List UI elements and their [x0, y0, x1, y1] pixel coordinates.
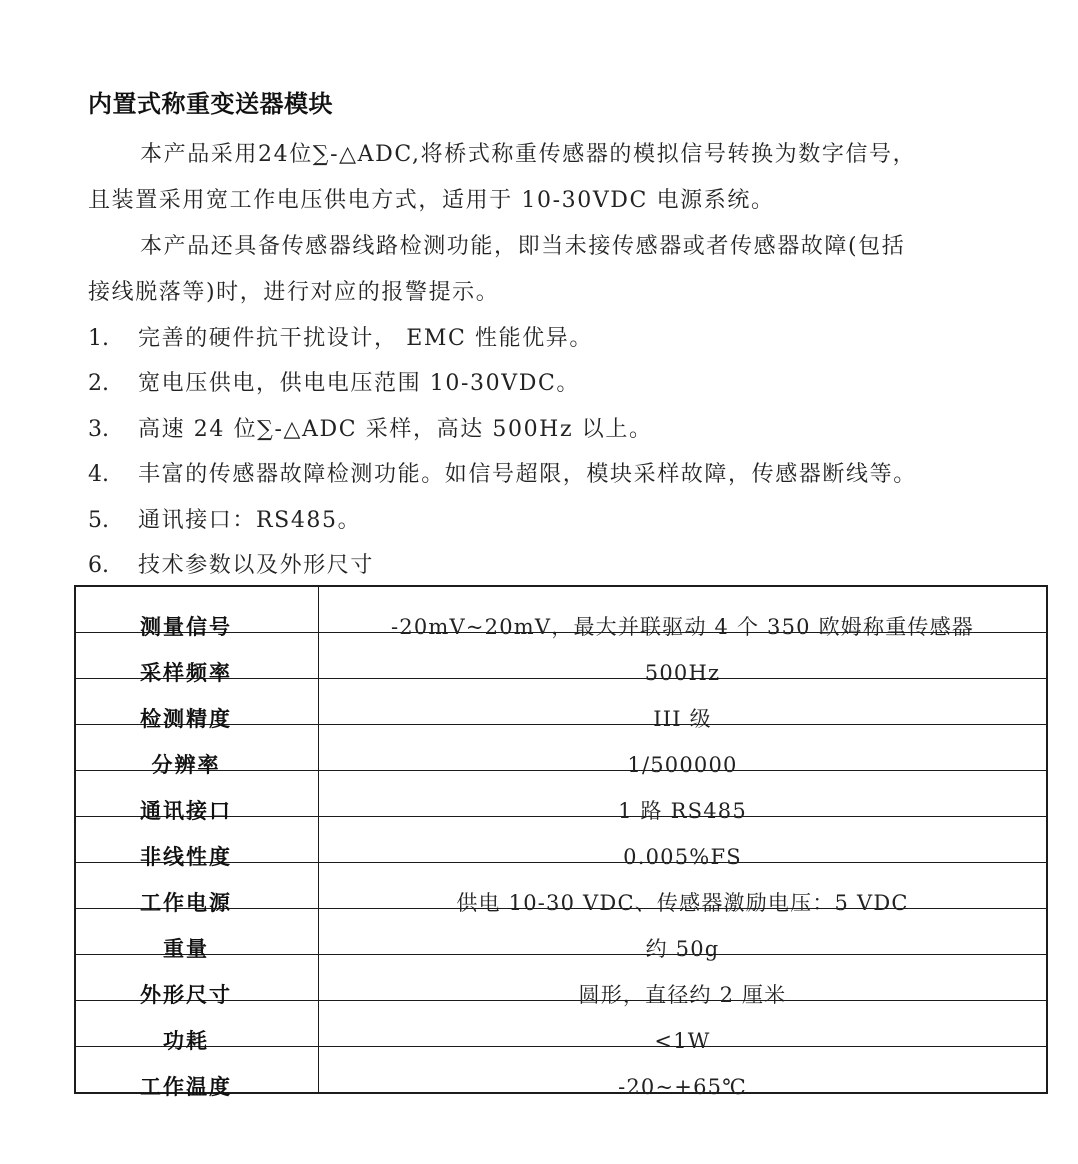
- feature-item: 1.完善的硬件抗干扰设计， EMC 性能优异。: [88, 324, 593, 354]
- table-row: 测量信号 -20mV~20mV，最大并联驱动 4 个 350 欧姆称重传感器: [75, 586, 1047, 633]
- feature-item: 2.宽电压供电，供电电压范围 10-30VDC。: [88, 369, 580, 399]
- spec-value: III 级: [319, 679, 1048, 725]
- detection-line-1: 本产品还具备传感器线路检测功能，即当未接传感器或者传感器故障(包括: [140, 234, 905, 259]
- table-row: 通讯接口 1 路 RS485: [75, 771, 1047, 817]
- spec-label: 分辨率: [75, 725, 319, 771]
- spec-value: 500Hz: [319, 633, 1048, 679]
- table-row: 重量 约 50g: [75, 909, 1047, 955]
- feature-item: 5.通讯接口：RS485。: [88, 506, 361, 536]
- feature-text: 技术参数以及外形尺寸: [138, 553, 374, 578]
- intro-paragraph: 本产品采用24位∑-△ADC,将桥式称重传感器的模拟信号转换为数字信号， 且装置…: [88, 132, 1048, 224]
- feature-item: 6.技术参数以及外形尺寸: [88, 551, 374, 581]
- feature-text: 通讯接口：RS485。: [138, 508, 361, 533]
- feature-item: 3.高速 24 位∑-△ADC 采样，高达 500Hz 以上。: [88, 415, 653, 445]
- feature-number: 2.: [88, 369, 138, 399]
- spec-value: -20mV~20mV，最大并联驱动 4 个 350 欧姆称重传感器: [319, 586, 1048, 633]
- spec-value: 1/500000: [319, 725, 1048, 771]
- feature-text: 宽电压供电，供电电压范围 10-30VDC。: [138, 371, 580, 396]
- spec-value: -20~+65℃: [319, 1047, 1048, 1094]
- table-row: 检测精度 III 级: [75, 679, 1047, 725]
- spec-value: 圆形，直径约 2 厘米: [319, 955, 1048, 1001]
- intro-line-2: 且装置采用宽工作电压供电方式，适用于 10-30VDC 电源系统。: [88, 188, 775, 213]
- feature-number: 3.: [88, 415, 138, 445]
- feature-number: 5.: [88, 506, 138, 536]
- spec-value: 约 50g: [319, 909, 1048, 955]
- spec-label: 外形尺寸: [75, 955, 319, 1001]
- table-row: 功耗 <1W: [75, 1001, 1047, 1047]
- table-row: 工作电源 供电 10-30 VDC、传感器激励电压：5 VDC: [75, 863, 1047, 909]
- intro-line-1: 本产品采用24位∑-△ADC,将桥式称重传感器的模拟信号转换为数字信号，: [140, 142, 916, 167]
- spec-label: 重量: [75, 909, 319, 955]
- spec-label: 测量信号: [75, 586, 319, 633]
- table-row: 采样频率 500Hz: [75, 633, 1047, 679]
- table-row: 工作温度 -20~+65℃: [75, 1047, 1047, 1094]
- spec-value: 供电 10-30 VDC、传感器激励电压：5 VDC: [319, 863, 1048, 909]
- feature-number: 6.: [88, 551, 138, 581]
- table-row: 外形尺寸 圆形，直径约 2 厘米: [75, 955, 1047, 1001]
- spec-value: 1 路 RS485: [319, 771, 1048, 817]
- spec-table: 测量信号 -20mV~20mV，最大并联驱动 4 个 350 欧姆称重传感器 采…: [74, 585, 1048, 1094]
- spec-label: 工作电源: [75, 863, 319, 909]
- detection-paragraph: 本产品还具备传感器线路检测功能，即当未接传感器或者传感器故障(包括 接线脱落等)…: [88, 224, 1048, 316]
- spec-label: 采样频率: [75, 633, 319, 679]
- feature-text: 高速 24 位∑-△ADC 采样，高达 500Hz 以上。: [138, 417, 653, 442]
- spec-label: 检测精度: [75, 679, 319, 725]
- feature-text: 丰富的传感器故障检测功能。如信号超限，模块采样故障，传感器断线等。: [138, 462, 917, 487]
- detection-line-2: 接线脱落等)时，进行对应的报警提示。: [88, 280, 499, 305]
- spec-label: 非线性度: [75, 817, 319, 863]
- spec-value: 0.005%FS: [319, 817, 1048, 863]
- document-title: 内置式称重变送器模块: [88, 84, 333, 119]
- spec-label: 通讯接口: [75, 771, 319, 817]
- feature-number: 4.: [88, 460, 138, 490]
- spec-label: 功耗: [75, 1001, 319, 1047]
- feature-number: 1.: [88, 324, 138, 354]
- spec-label: 工作温度: [75, 1047, 319, 1094]
- feature-text: 完善的硬件抗干扰设计， EMC 性能优异。: [138, 326, 593, 351]
- table-row: 非线性度 0.005%FS: [75, 817, 1047, 863]
- spec-value: <1W: [319, 1001, 1048, 1047]
- table-row: 分辨率 1/500000: [75, 725, 1047, 771]
- feature-item: 4.丰富的传感器故障检测功能。如信号超限，模块采样故障，传感器断线等。: [88, 460, 917, 490]
